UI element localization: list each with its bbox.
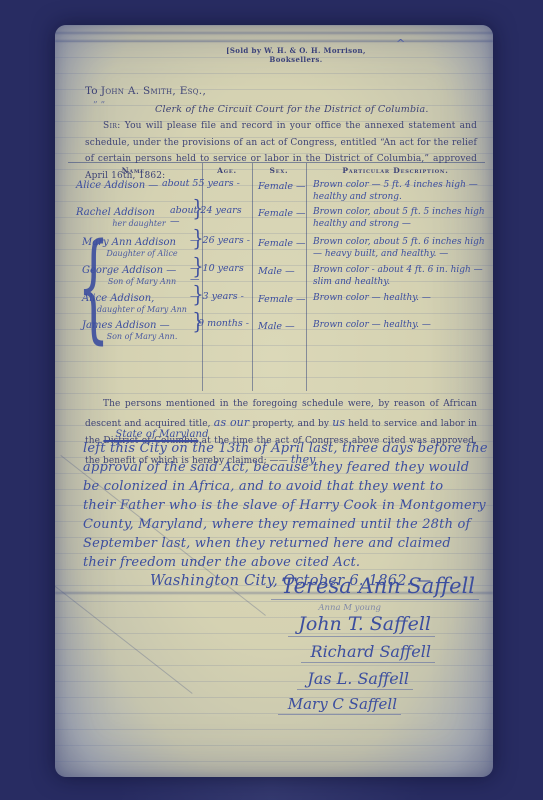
person-description: Brown color — healthy. — [306, 291, 485, 318]
person-age: 9 months - [198, 318, 249, 329]
signature-text: Teresa Ann Saffell [271, 574, 479, 600]
person-age: about 55 years - [162, 178, 240, 189]
ditto-mark: ” ” [93, 101, 105, 111]
address-block: To John A. Smith, Esq., [85, 85, 475, 97]
person-sex: Female — [252, 205, 306, 235]
table-row: Alice Addison,}daughter of Mary Ann — 3 … [68, 291, 485, 318]
signature-mary-c-saffell: Mary C Saffell [55, 695, 493, 715]
person-name: Alice Addison, [82, 293, 154, 304]
table-row: Alice Addison — about 55 years - Female … [68, 178, 485, 205]
narrative-line: their freedom under the above cited Act. [83, 553, 483, 572]
cell-name: Mary Ann Addison}Daughter of Alice [68, 235, 202, 263]
cell-name: George Addison —}Son of Mary Ann [68, 263, 202, 291]
cell-age: about 24 years — [202, 205, 252, 235]
table-row: George Addison —}Son of Mary Ann — 10 ye… [68, 263, 485, 291]
person-name: Mary Ann Addison [82, 237, 176, 248]
photo-background: [Sold by W. H. & O. H. Morrison, Booksel… [0, 0, 543, 800]
narrative-line: approval of the said Act, because they f… [83, 458, 483, 477]
narrative-line: September last, when they returned here … [83, 534, 483, 553]
person-age: about 24 years — [170, 205, 252, 227]
statement-handwritten-as-our: as our [214, 416, 249, 429]
clerk-name: John A. Smith, Esq., [101, 85, 206, 97]
document-paper: [Sold by W. H. & O. H. Morrison, Booksel… [55, 25, 493, 777]
column-header-name: Name. [68, 166, 202, 175]
signature-anna-m-young: Anna M young [55, 603, 493, 613]
narrative-line: their Father who is the slave of Harry C… [83, 496, 483, 515]
person-description: Brown color - about 4 ft. 6 in. high — s… [306, 263, 485, 291]
cell-age: 9 months - [202, 318, 252, 346]
person-relation: Son of Mary Ann [82, 276, 202, 287]
cell-name: James Addison —}Son of Mary Ann. [68, 318, 202, 346]
signature-richard-saffell: Richard Saffell [55, 642, 493, 663]
bookseller-stamp: [Sold by W. H. & O. H. Morrison, Booksel… [203, 46, 389, 64]
person-name: George Addison — [82, 265, 176, 276]
statement-handwritten-us: us [332, 416, 345, 429]
person-name: Alice Addison — [76, 180, 158, 191]
statement-printed-2: property, and by [252, 419, 329, 429]
person-age: — 10 years — [190, 263, 252, 285]
paper-streak [55, 32, 493, 34]
narrative-line: be colonized in Africa, and to avoid tha… [83, 477, 483, 496]
signature-jas-l-saffell: Jas L. Saffell [55, 669, 493, 690]
address-to: To [85, 85, 98, 97]
handwritten-narrative: left this City on the 13th of April last… [83, 439, 483, 572]
person-age: — 26 years - [190, 235, 250, 246]
clerk-title: Clerk of the Circuit Court for the Distr… [155, 104, 429, 115]
salutation-lead: Sir: [103, 121, 121, 131]
person-description: Brown color, about 5 ft. 5 inches high h… [306, 205, 485, 235]
table-header-row: Name. Age. Sex. Particular Description. [68, 163, 485, 178]
person-description: Brown color — 5 ft. 4 inches high — heal… [306, 178, 485, 205]
column-header-age: Age. [202, 166, 252, 175]
person-relation: daughter of Mary Ann [82, 304, 202, 315]
person-sex: Female — [252, 235, 306, 263]
schedule-table: { Name. Age. Sex. Particular Description… [68, 162, 485, 391]
person-relation: Daughter of Alice [82, 248, 202, 259]
narrative-line: County, Maryland, where they remained un… [83, 515, 483, 534]
column-header-description: Particular Description. [306, 166, 485, 175]
cell-age: — 10 years — [202, 263, 252, 291]
signature-text: Mary C Saffell [278, 695, 401, 715]
person-sex: Female — [252, 291, 306, 318]
cell-age: about 55 years - [202, 178, 252, 205]
signature-block: Teresa Ann Saffell Anna M young John T. … [55, 574, 493, 715]
signature-john-t-saffell: John T. Saffell [55, 613, 493, 637]
person-sex: Male — [252, 263, 306, 291]
cell-age: — 26 years - [202, 235, 252, 263]
person-sex: Male — [252, 318, 306, 346]
table-row: Rachel Addison}her daughter about 24 yea… [68, 205, 485, 235]
signature-text: Richard Saffell [301, 642, 435, 663]
signature-text: Anna M young [318, 603, 381, 613]
caret-mark: ^ [396, 37, 405, 50]
cell-age: — 3 years - [202, 291, 252, 318]
signature-text: John T. Saffell [288, 613, 435, 637]
column-header-sex: Sex. [252, 166, 306, 175]
person-name: James Addison — [82, 320, 170, 331]
signature-teresa-ann-saffell: Teresa Ann Saffell [55, 574, 493, 600]
person-name: Rachel Addison [76, 207, 155, 218]
cell-name: Alice Addison,}daughter of Mary Ann [68, 291, 202, 318]
table-row: Mary Ann Addison}Daughter of Alice — 26 … [68, 235, 485, 263]
paper-streak [55, 40, 493, 42]
person-description: Brown color — healthy. — [306, 318, 485, 346]
narrative-line: left this City on the 13th of April last… [83, 439, 483, 458]
signature-text: Jas L. Saffell [297, 669, 413, 690]
person-age: — 3 years - [190, 291, 244, 302]
person-relation: Son of Mary Ann. [82, 331, 202, 342]
table-row: James Addison —}Son of Mary Ann. 9 month… [68, 318, 485, 346]
person-sex: Female — [252, 178, 306, 205]
person-description: Brown color, about 5 ft. 6 inches high —… [306, 235, 485, 263]
